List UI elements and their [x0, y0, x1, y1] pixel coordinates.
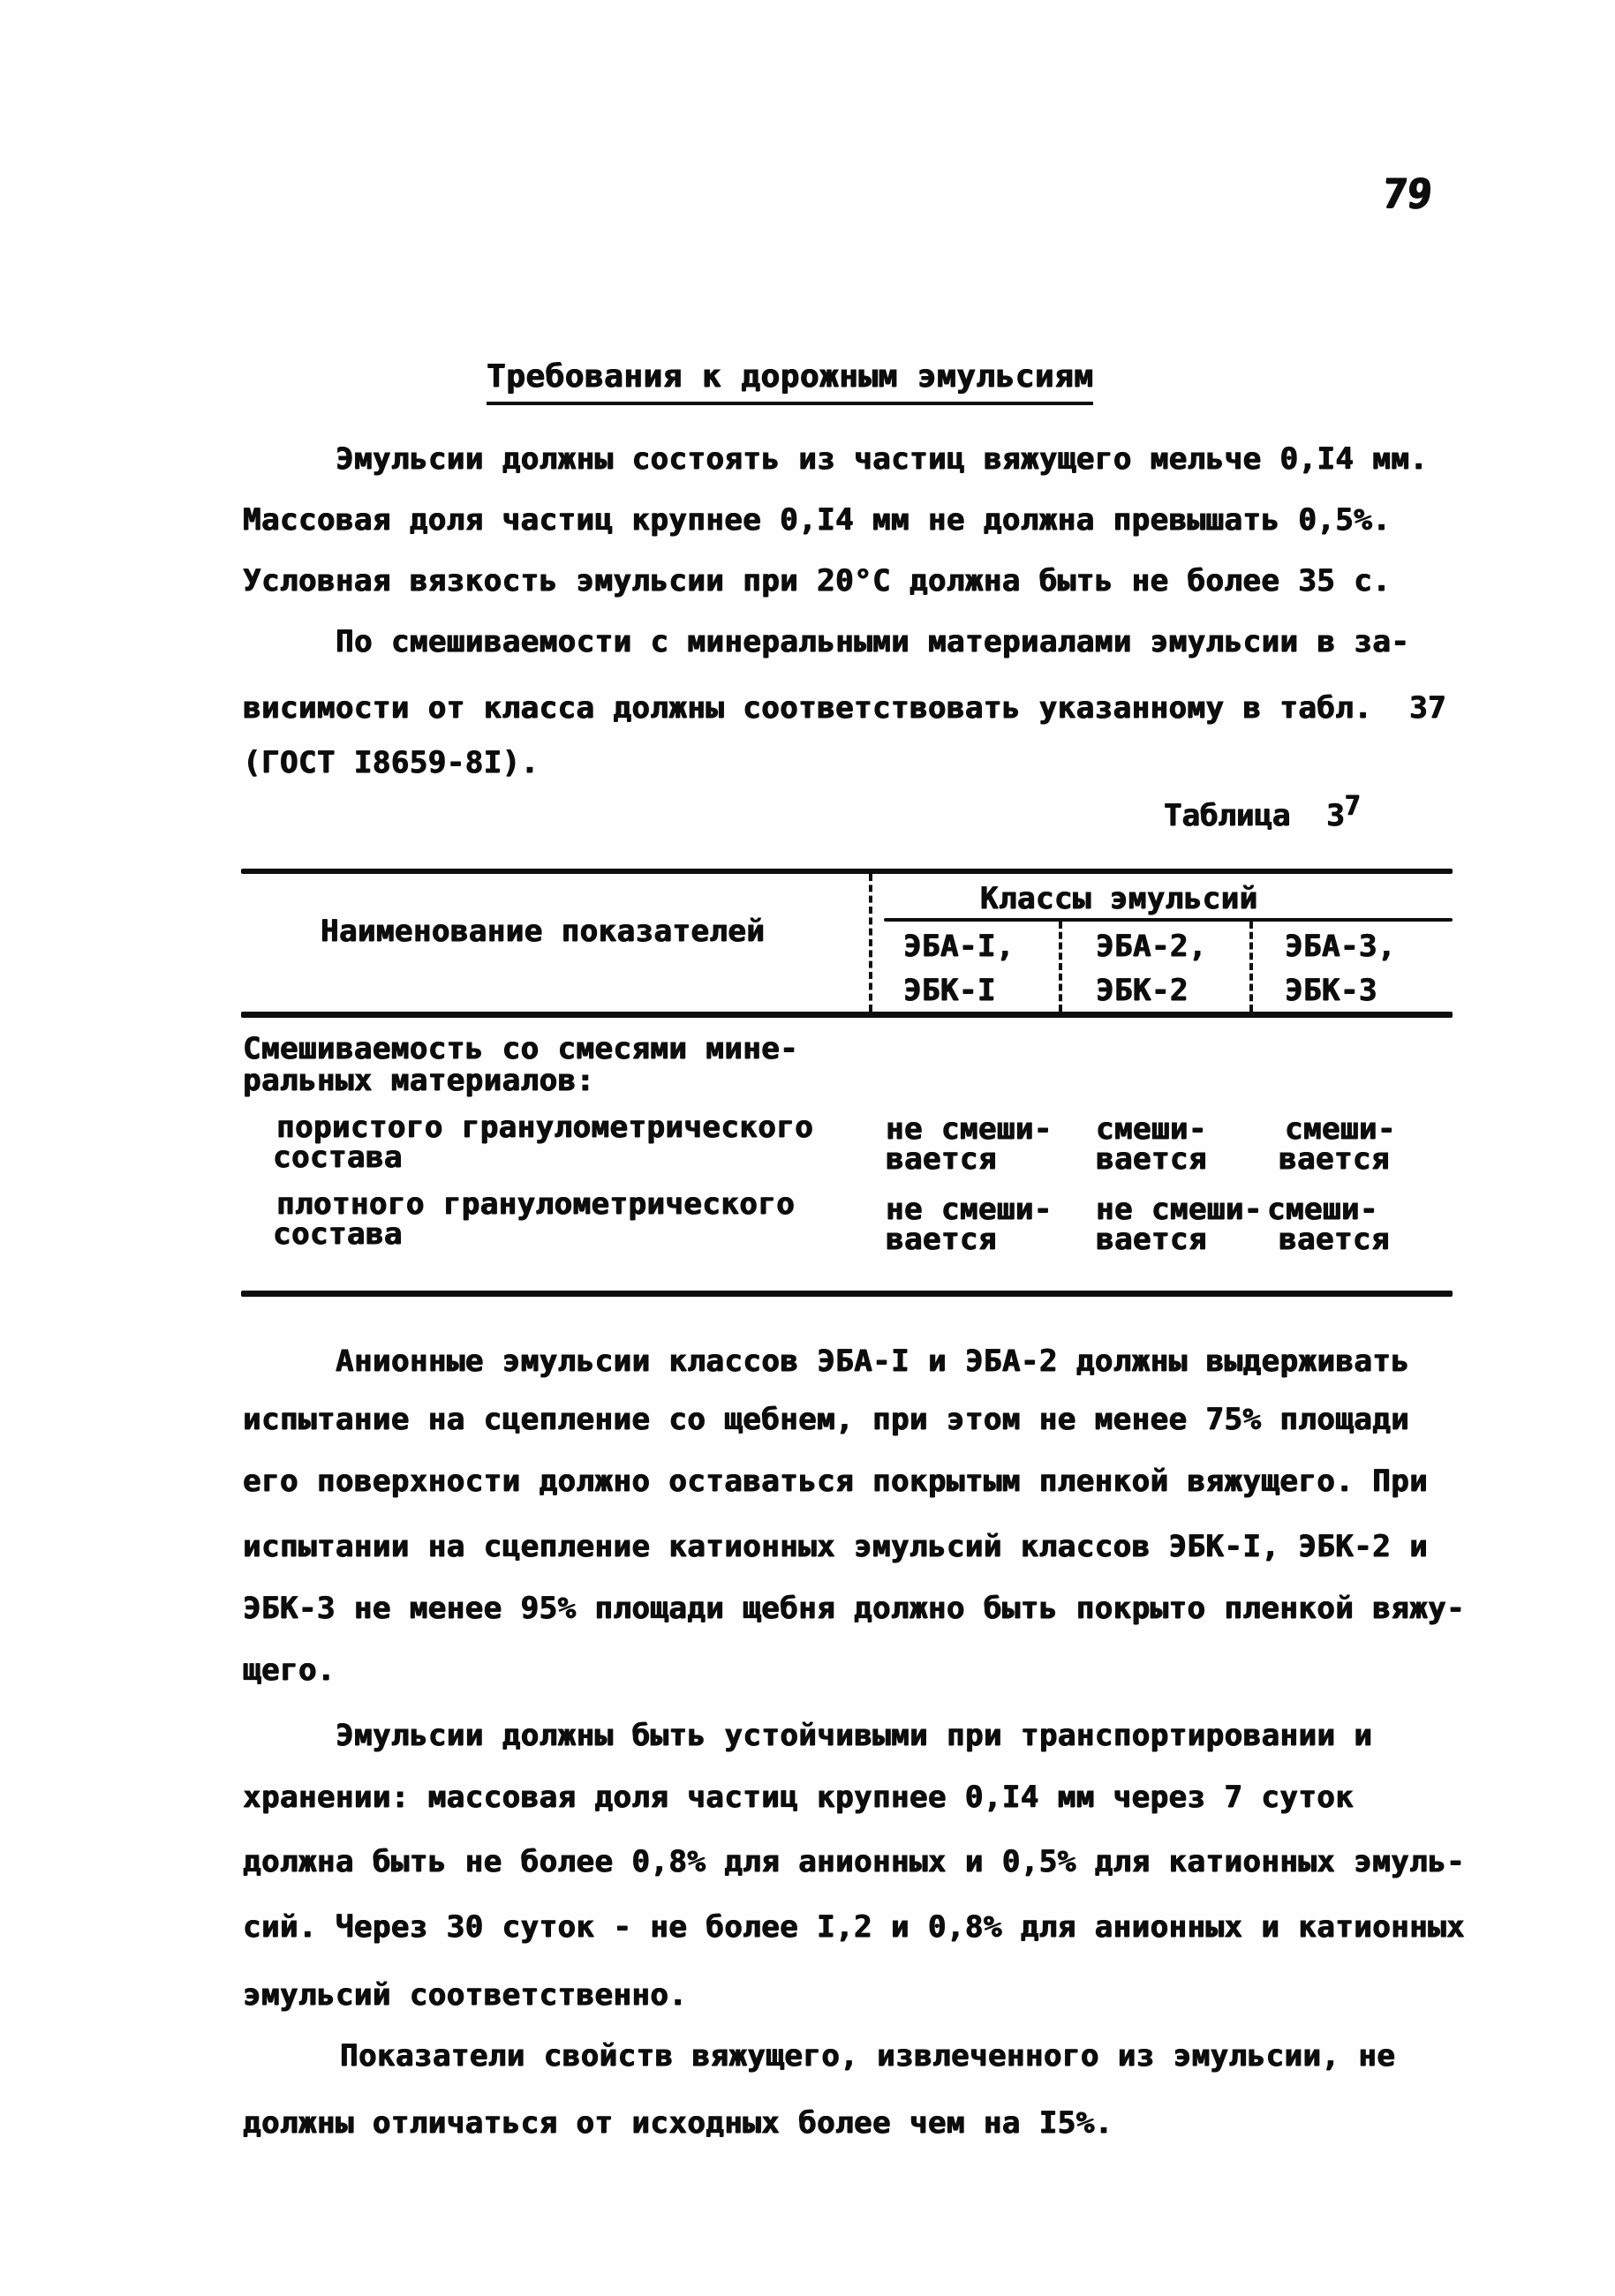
body-line: Эмульсии должны быть устойчивыми при тра… [336, 1718, 1372, 1754]
scanned-document-page: 79 Требования к дорожным эмульсиям Эмуль… [0, 0, 1615, 2296]
table-rule-top [241, 869, 1453, 874]
table-cell: вается [1279, 1224, 1390, 1256]
table-column-divider [1249, 922, 1253, 1012]
table-cell: вается [1096, 1224, 1207, 1256]
table-column-divider [1059, 922, 1062, 1012]
table-span-header: Классы эмульсий [980, 881, 1258, 917]
body-line: По смешиваемости с минеральными материал… [336, 624, 1409, 660]
table-rule-bottom [241, 1291, 1453, 1297]
table-caption: Таблица 37 [1164, 798, 1361, 833]
table-col1-header: Наименование показателей [321, 914, 765, 950]
table-cell: вается [1279, 1144, 1390, 1176]
body-line: должны отличаться от исходных более чем … [243, 2105, 1113, 2142]
table-rule-header-bottom [241, 1012, 1453, 1018]
table-stub-line: Смешиваемость со смесями мине- [243, 1034, 798, 1065]
table-class-header: ЭБК-3 [1285, 973, 1377, 1009]
body-line: Эмульсии должны состоять из частиц вяжущ… [336, 441, 1428, 478]
table-caption-text: Таблица 3 [1164, 798, 1345, 833]
body-line: испытании на сцепление катионных эмульси… [243, 1529, 1428, 1565]
page-number: 79 [1380, 169, 1434, 217]
body-line: Показатели свойств вяжущего, извлеченног… [340, 2038, 1395, 2074]
body-line: висимости от класса должны соответствова… [243, 690, 1446, 726]
body-line: Анионные эмульсии классов ЭБА-I и ЭБА-2 … [336, 1344, 1409, 1380]
table-class-header: ЭБК-I [903, 973, 996, 1009]
table-cell: вается [1096, 1144, 1207, 1176]
body-line: хранении: массовая доля частиц крупнее 0… [243, 1780, 1354, 1816]
table-row-label: состава [273, 1142, 403, 1174]
document-title: Требования к дорожным эмульсиям [487, 358, 1093, 405]
body-line: сий. Через 30 суток - не более I,2 и 0,8… [243, 1909, 1465, 1946]
table-cell: вается [886, 1144, 997, 1176]
table-class-header: ЭБК-2 [1096, 973, 1189, 1009]
table-row-label: состава [273, 1219, 403, 1251]
body-line: эмульсий соответственно. [243, 1977, 687, 2014]
body-line: щего. [243, 1652, 336, 1689]
table-column-divider [869, 874, 872, 1012]
body-line: его поверхности должно оставаться покрыт… [243, 1464, 1428, 1500]
body-line: должна быть не более 0,8% для анионных и… [243, 1844, 1465, 1880]
table-stub-line: ральных материалов: [243, 1065, 594, 1097]
table-class-header: ЭБА-I, [903, 929, 1015, 965]
body-line: испытание на сцепление со щебнем, при эт… [243, 1402, 1409, 1438]
table-cell: вается [886, 1224, 997, 1256]
body-line: (ГОСТ I8659-8I). [243, 745, 540, 781]
body-line: Массовая доля частиц крупнее 0,I4 мм не … [243, 502, 1391, 538]
body-line: ЭБК-3 не менее 95% площади щебня должно … [243, 1591, 1465, 1627]
table-class-header: ЭБА-2, [1096, 929, 1207, 965]
body-line: Условная вязкость эмульсии при 20°С долж… [243, 563, 1391, 599]
table-rule-classes [884, 918, 1453, 922]
table-class-header: ЭБА-3, [1285, 929, 1396, 965]
table-caption-number: 7 [1345, 791, 1361, 822]
